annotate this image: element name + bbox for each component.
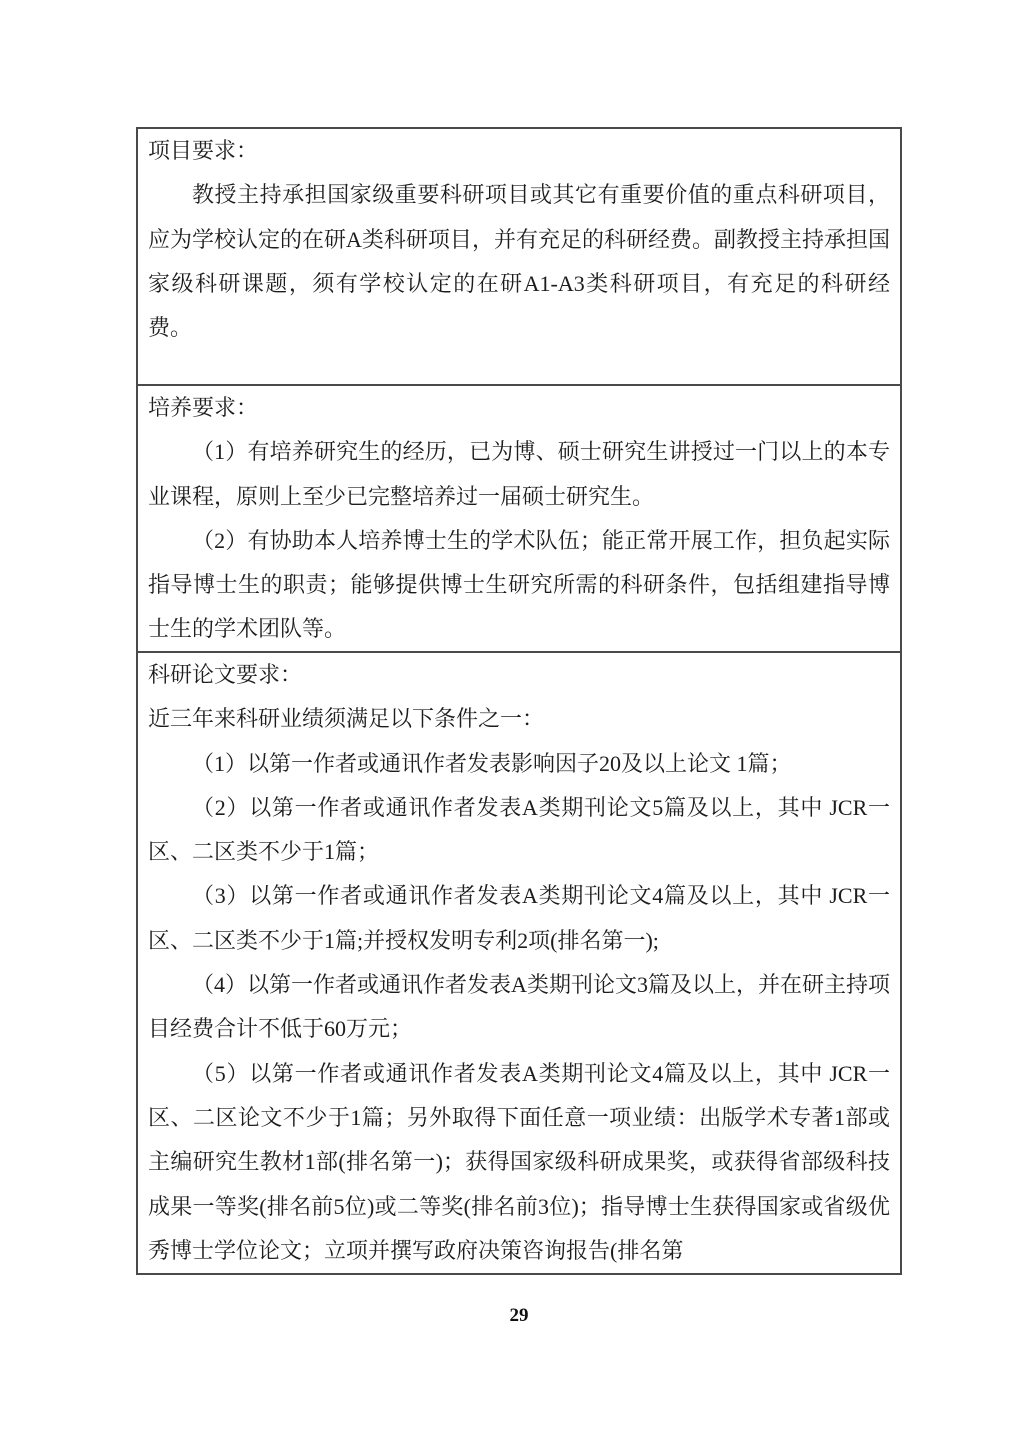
requirements-table: 项目要求： 教授主持承担国家级重要科研项目或其它有重要价值的重点科研项目，应为学… [136, 127, 902, 1275]
training-requirements-title: 培养要求： [148, 386, 890, 430]
research-paper-condition-2: （2）以第一作者或通讯作者发表A类期刊论文5篇及以上，其中 JCR一区、二区类不… [148, 786, 890, 875]
research-paper-condition-3: （3）以第一作者或通讯作者发表A类期刊论文4篇及以上，其中 JCR一区、二区类不… [148, 874, 890, 963]
training-requirements-item-1: （1）有培养研究生的经历，已为博、硕士研究生讲授过一门以上的本专业课程，原则上至… [148, 430, 890, 519]
cell-project-requirements: 项目要求： 教授主持承担国家级重要科研项目或其它有重要价值的重点科研项目，应为学… [138, 129, 900, 384]
research-paper-condition-4: （4）以第一作者或通讯作者发表A类期刊论文3篇及以上，并在研主持项目经费合计不低… [148, 963, 890, 1052]
research-paper-condition-1: （1）以第一作者或通讯作者发表影响因子20及以上论文 1篇； [148, 742, 890, 786]
cell-research-paper-requirements: 科研论文要求： 近三年来科研业绩须满足以下条件之一： （1）以第一作者或通讯作者… [138, 651, 900, 1273]
research-paper-condition-5: （5）以第一作者或通讯作者发表A类期刊论文4篇及以上，其中 JCR一区、二区论文… [148, 1052, 890, 1273]
project-requirements-title: 项目要求： [148, 129, 890, 173]
page-number: 29 [136, 1305, 902, 1327]
research-paper-requirements-intro: 近三年来科研业绩须满足以下条件之一： [148, 697, 890, 741]
training-requirements-item-2: （2）有协助本人培养博士生的学术队伍；能正常开展工作，担负起实际指导博士生的职责… [148, 519, 890, 651]
cell-training-requirements: 培养要求： （1）有培养研究生的经历，已为博、硕士研究生讲授过一门以上的本专业课… [138, 384, 900, 651]
research-paper-requirements-title: 科研论文要求： [148, 653, 890, 697]
document-page: 项目要求： 教授主持承担国家级重要科研项目或其它有重要价值的重点科研项目，应为学… [0, 0, 1024, 1447]
project-requirements-paragraph: 教授主持承担国家级重要科研项目或其它有重要价值的重点科研项目，应为学校认定的在研… [148, 173, 890, 350]
